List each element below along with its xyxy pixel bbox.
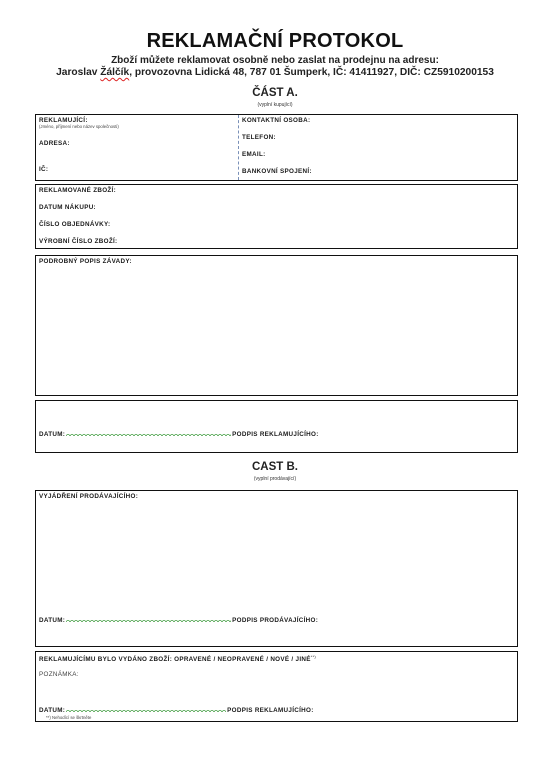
subtitle-prefix: Jaroslav	[56, 67, 100, 78]
seller-name: Žálčík	[100, 67, 129, 78]
claimant-hint: (Jméno, příjmení nebo název společnosti)	[39, 124, 119, 129]
claimant-signature-label: PODPIS REKLAMUJÍCÍHO:	[232, 431, 318, 438]
seller-signature-label: PODPIS PRODÁVAJÍCÍHO:	[232, 617, 318, 624]
address-label: ADRESA:	[39, 140, 70, 147]
goods-returned-label: REKLAMUJÍCÍMU BYLO VYDÁNO ZBOŽÍ: OPRAVEN…	[39, 654, 316, 663]
seller-address: , provozovna Lidická 48, 787 01 Šumperk,…	[129, 67, 494, 78]
note-label: POZNÁMKA:	[39, 671, 79, 678]
claimant-label: REKLAMUJÍCÍ:	[39, 117, 88, 124]
customer-box: REKLAMUJÍCÍ: (Jméno, příjmení nebo název…	[35, 114, 518, 181]
seller-date-label: DATUM:PODPIS PRODÁVAJÍCÍHO:	[39, 617, 318, 624]
subtitle-line-1: Zboží můžete reklamovat osobně nebo zasl…	[0, 55, 550, 66]
bank-label: BANKOVNÍ SPOJENÍ:	[242, 168, 312, 175]
defect-label: PODROBNÝ POPIS ZÁVADY:	[39, 258, 132, 265]
serial-number-label: VÝROBNÍ ČÍSLO ZBOŽÍ:	[39, 238, 117, 245]
page-title: REKLAMAČNÍ PROTOKOL	[0, 30, 550, 53]
column-divider	[238, 115, 239, 180]
contact-person-label: KONTAKTNÍ OSOBA:	[242, 117, 310, 124]
purchase-date-label: DATUM NÁKUPU:	[39, 204, 96, 211]
goods-return-box: REKLAMUJÍCÍMU BYLO VYDÁNO ZBOŽÍ: OPRAVEN…	[35, 651, 518, 722]
goods-label: REKLAMOVANÉ ZBOŽÍ:	[39, 187, 116, 194]
part-b-heading: CAST B.	[0, 461, 550, 473]
order-number-label: ČÍSLO OBJEDNÁVKY:	[39, 221, 110, 228]
subtitle-line-2: Jaroslav Žálčík, provozovna Lidická 48, …	[0, 67, 550, 78]
ic-label: IČ:	[39, 166, 48, 173]
footnote: **) Nehodící se škrtněte	[46, 715, 91, 720]
spellcheck-underline	[66, 432, 231, 436]
claimant-signature-label: PODPIS REKLAMUJÍCÍHO:	[227, 707, 313, 714]
part-a-note: (vyplní kupující)	[0, 102, 550, 108]
part-a-heading: ČÁST A.	[0, 87, 550, 99]
part-b-note: (vyplní prodávající)	[0, 476, 550, 482]
seller-statement-label: VYJÁDŘENÍ PRODÁVAJÍCÍHO:	[39, 493, 138, 500]
date-label: DATUM:PODPIS REKLAMUJÍCÍHO:	[39, 431, 319, 438]
spellcheck-underline	[66, 618, 231, 622]
defect-description-box[interactable]: PODROBNÝ POPIS ZÁVADY:	[35, 255, 518, 396]
goods-box: REKLAMOVANÉ ZBOŽÍ: DATUM NÁKUPU: ČÍSLO O…	[35, 184, 518, 249]
seller-statement-box[interactable]: VYJÁDŘENÍ PRODÁVAJÍCÍHO: DATUM:PODPIS PR…	[35, 490, 518, 647]
phone-label: TELEFON:	[242, 134, 276, 141]
spellcheck-underline	[66, 708, 226, 712]
return-date-label: DATUM:PODPIS REKLAMUJÍCÍHO:	[39, 707, 314, 714]
email-label: EMAIL:	[242, 151, 266, 158]
claimant-signature-box: DATUM:PODPIS REKLAMUJÍCÍHO:	[35, 400, 518, 453]
